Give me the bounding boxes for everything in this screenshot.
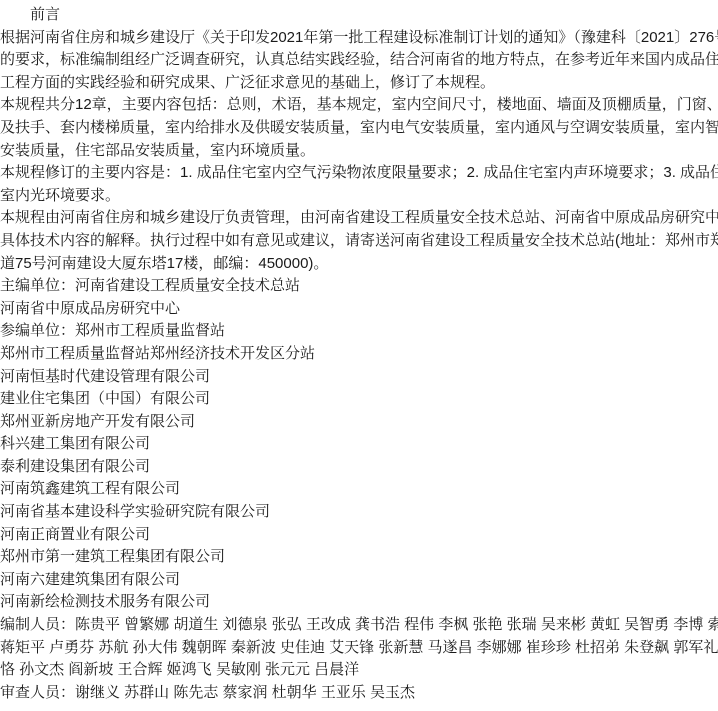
text-line: 河南恒基时代建设管理有限公司	[0, 366, 718, 389]
text-line: 本规程修订的主要内容是：1. 成品住宅室内空气污染物浓度限量要求；2. 成品住宅…	[0, 162, 718, 185]
text-line: 道75号河南建设大厦东塔17楼，邮编：450000)。	[0, 253, 718, 276]
text-line: 河南省中原成品房研究中心	[0, 298, 718, 321]
text-line: 本规程由河南省住房和城乡建设厅负责管理，由河南省建设工程质量安全技术总站、河南省…	[0, 207, 718, 230]
text-line: 具体技术内容的解释。执行过程中如有意见或建议，请寄送河南省建设工程质量安全技术总…	[0, 230, 718, 253]
text-line: 河南筑鑫建筑工程有限公司	[0, 478, 718, 501]
text-line: 泰利建设集团有限公司	[0, 456, 718, 479]
text-line: 郑州市工程质量监督站郑州经济技术开发区分站	[0, 343, 718, 366]
text-line: 河南省基本建设科学实验研究院有限公司	[0, 501, 718, 524]
document-page: 前言 根据河南省住房和城乡建设厅《关于印发2021年第一批工程建设标准制订计划的…	[0, 0, 718, 711]
text-line: 主编单位：河南省建设工程质量安全技术总站	[0, 275, 718, 298]
text-line: 参编单位：郑州市工程质量监督站	[0, 320, 718, 343]
text-line: 及扶手、套内楼梯质量，室内给排水及供暖安装质量，室内电气安装质量，室内通风与空调…	[0, 117, 718, 140]
text-line: 科兴建工集团有限公司	[0, 433, 718, 456]
text-line: 建业住宅集团（中国）有限公司	[0, 388, 718, 411]
text-line: 室内光环境要求。	[0, 185, 718, 208]
page-title: 前言	[0, 4, 718, 27]
text-line: 审查人员：谢继义 苏群山 陈先志 蔡家润 杜朝华 王亚乐 吴玉杰	[0, 682, 718, 705]
text-line: 郑州亚新房地产开发有限公司	[0, 411, 718, 434]
text-line: 根据河南省住房和城乡建设厅《关于印发2021年第一批工程建设标准制订计划的通知》…	[0, 27, 718, 50]
text-line: 河南正商置业有限公司	[0, 524, 718, 547]
text-line: 河南新绘检测技术服务有限公司	[0, 591, 718, 614]
text-line: 编制人员：陈贵平 曾繁娜 胡道生 刘德泉 张弘 王改成 龚书浩 程伟 李枫 张艳…	[0, 614, 718, 637]
text-line: 的要求，标准编制组经广泛调查研究，认真总结实践经验，结合河南省的地方特点，在参考…	[0, 49, 718, 72]
text-line: 恪 孙文杰 阎新坡 王合辉 姬鸿飞 吴敏刚 张元元 吕晨洋	[0, 659, 718, 682]
text-line: 河南六建建筑集团有限公司	[0, 569, 718, 592]
text-line: 蒋矩平 卢勇芬 苏航 孙大伟 魏朝晖 秦新波 史佳迪 艾天锋 张新慧 马遂昌 李…	[0, 637, 718, 660]
text-line: 工程方面的实践经验和研究成果、广泛征求意见的基础上，修订了本规程。	[0, 72, 718, 95]
text-line: 本规程共分12章，主要内容包括：总则，术语，基本规定，室内空间尺寸，楼地面、墙面…	[0, 94, 718, 117]
text-line: 安装质量，住宅部品安装质量，室内环境质量。	[0, 140, 718, 163]
text-line: 郑州市第一建筑工程集团有限公司	[0, 546, 718, 569]
document-body: 根据河南省住房和城乡建设厅《关于印发2021年第一批工程建设标准制订计划的通知》…	[0, 27, 718, 705]
